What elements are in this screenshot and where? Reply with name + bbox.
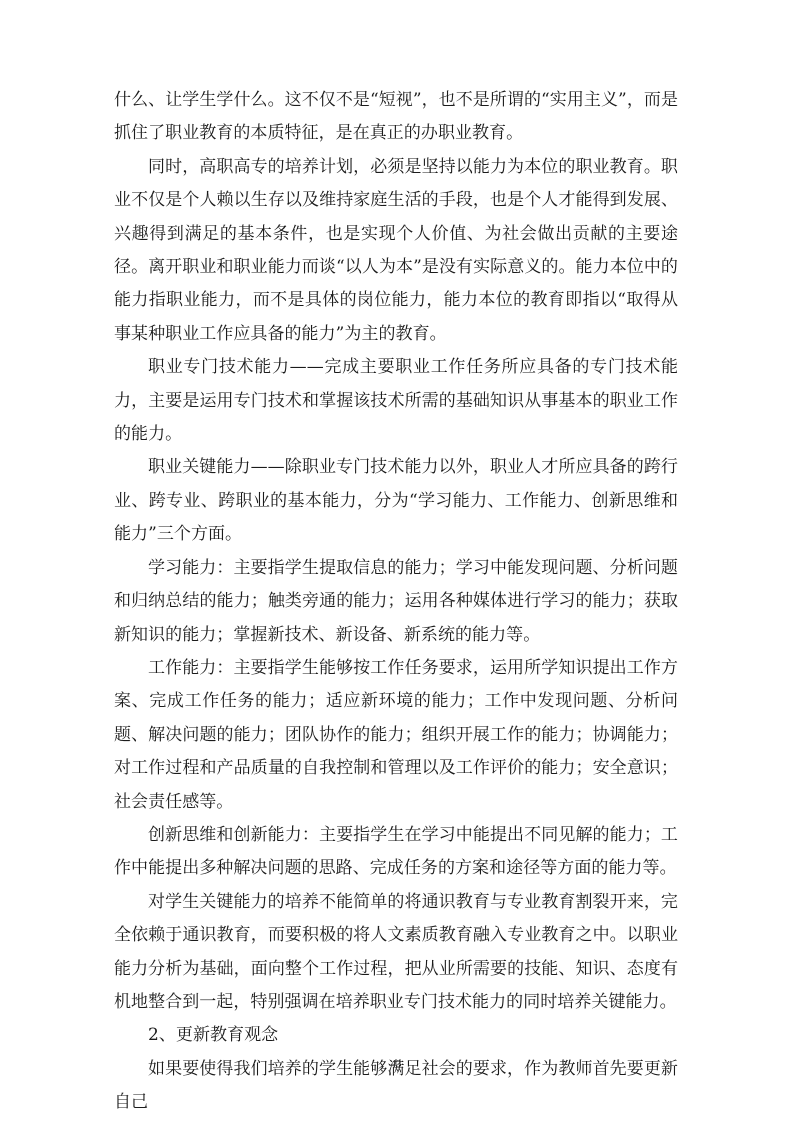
paragraph-competency-based-education: 同时，高职高专的培养计划，必须是坚持以能力为本位的职业教育。职业不仅是个人赖以生… <box>114 151 678 351</box>
document-page: 什么、让学生学什么。这不仅不是“短视”，也不是所谓的“实用主义”，而是抓住了职业… <box>0 0 792 1122</box>
page-number: 43 <box>0 1058 792 1070</box>
paragraph-key-ability: 职业关键能力——除职业专门技术能力以外，职业人才所应具备的跨行业、跨专业、跨职业… <box>114 451 678 551</box>
paragraph-continuation: 什么、让学生学什么。这不仅不是“短视”，也不是所谓的“实用主义”，而是抓住了职业… <box>114 84 678 151</box>
paragraph-learning-ability: 学习能力：主要指学生提取信息的能力；学习中能发现问题、分析问题和归纳总结的能力；… <box>114 552 678 652</box>
section-heading: 2、更新教育观念 <box>114 1019 678 1052</box>
paragraph-professional-technical-ability: 职业专门技术能力——完成主要职业工作任务所应具备的专门技术能力，主要是运用专门技… <box>114 351 678 451</box>
paragraph-key-ability-cultivation: 对学生关键能力的培养不能简单的将通识教育与专业教育割裂开来，完全依赖于通识教育，… <box>114 886 678 1020</box>
paragraph-innovation-ability: 创新思维和创新能力：主要指学生在学习中能提出不同见解的能力；工作中能提出多种解决… <box>114 819 678 886</box>
paragraph-work-ability: 工作能力：主要指学生能够按工作任务要求，运用所学知识提出工作方案、完成工作任务的… <box>114 652 678 819</box>
body-text: 什么、让学生学什么。这不仅不是“短视”，也不是所谓的“实用主义”，而是抓住了职业… <box>114 84 678 1120</box>
